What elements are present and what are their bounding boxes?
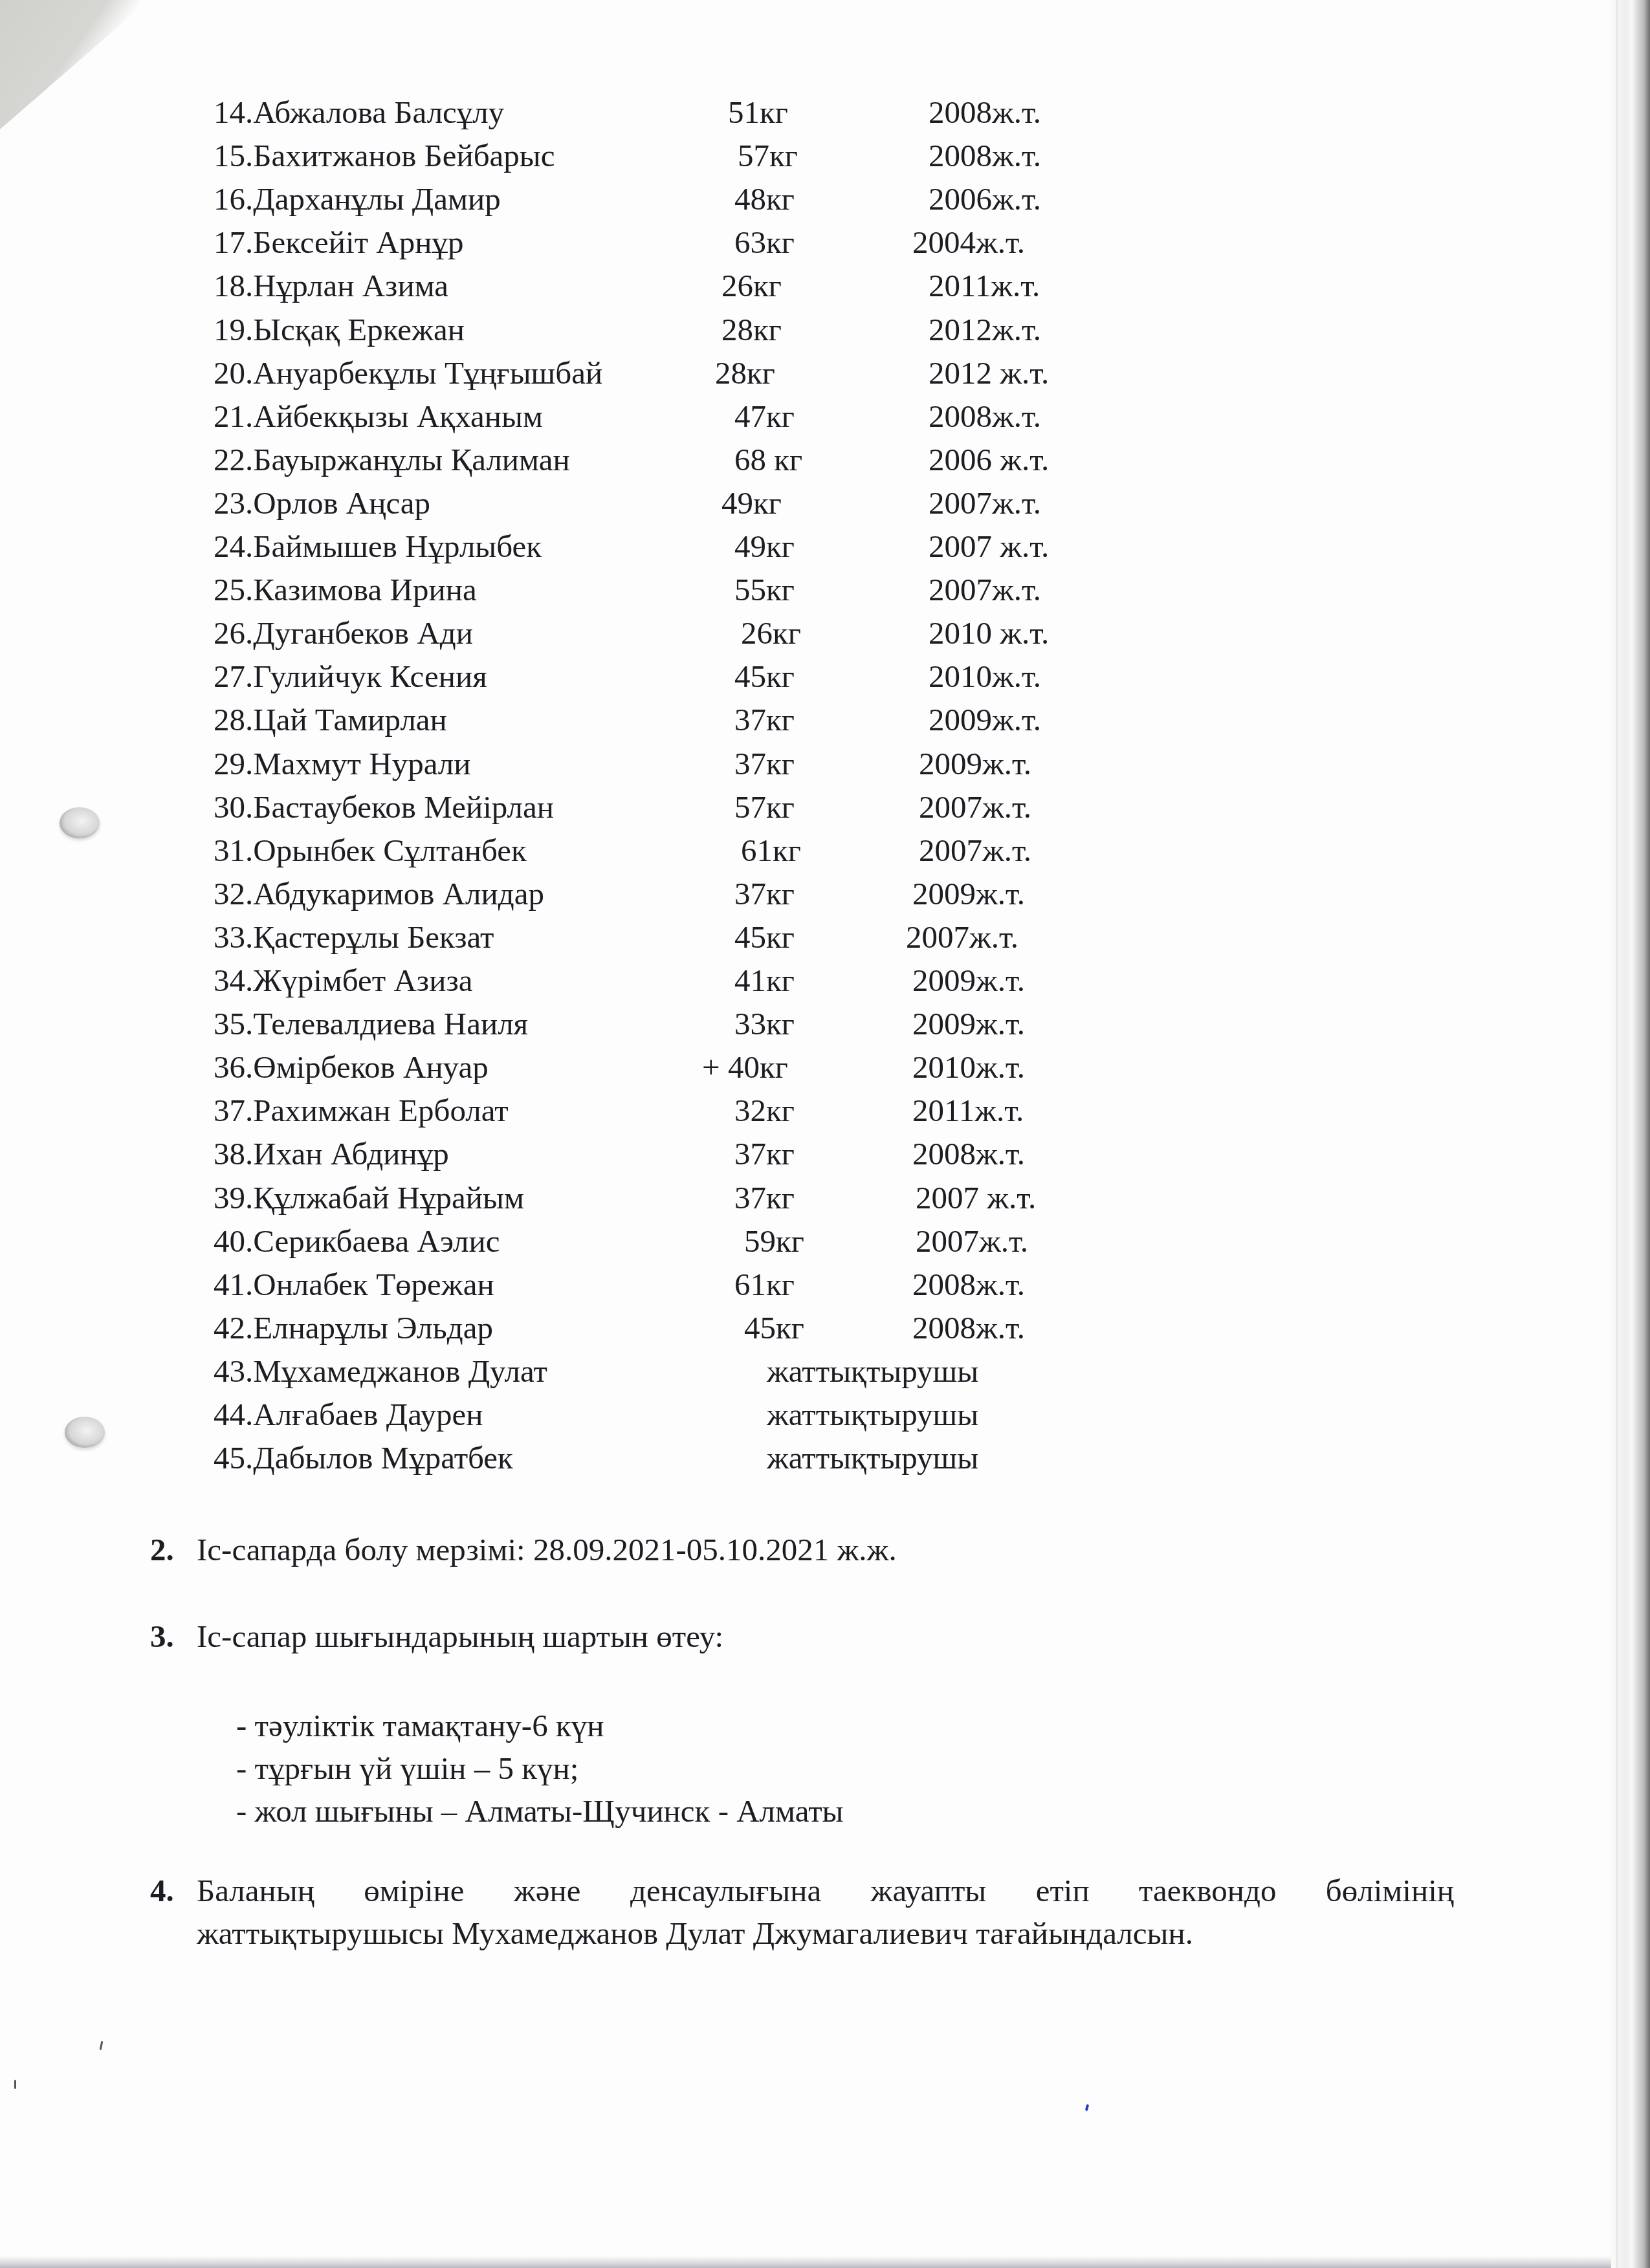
item-4-responsible-person: 4. Баланың өміріне және денсаулығына жау… bbox=[150, 1870, 1454, 1955]
expense-item-housing: - тұрғын үй үшін – 5 күн; bbox=[236, 1747, 844, 1790]
list-item: 33.Қастерұлы Бекзат45кг2007ж.т. bbox=[0, 915, 1294, 959]
participant-name: 42.Елнарұлы Эльдар bbox=[214, 1306, 493, 1349]
participant-name: 25.Казимова Ирина bbox=[214, 568, 477, 611]
participant-name: 32.Абдукаримов Алидар bbox=[214, 872, 544, 915]
participant-name: 24.Баймышев Нұрлыбек bbox=[214, 525, 542, 568]
participant-name: 43.Мұхамеджанов Дулат bbox=[214, 1349, 547, 1393]
participant-name: 39.Құлжабай Нұрайым bbox=[214, 1176, 524, 1219]
list-item: 14.Абжалова Балсұлу51кг2008ж.т. bbox=[0, 91, 1294, 134]
participant-weight: 37кг bbox=[734, 872, 795, 915]
participant-weight: 45кг bbox=[734, 915, 795, 959]
list-item: 45.Дабылов Мұратбекжаттықтырушы bbox=[0, 1436, 1294, 1479]
participant-name: 36.Өмірбеков Ануар bbox=[214, 1045, 489, 1089]
participant-name: 44.Алғабаев Даурен bbox=[214, 1393, 483, 1436]
participant-birth-year: 2009ж.т. bbox=[912, 1002, 1025, 1045]
participant-name: 38.Ихан Абдинұр bbox=[214, 1132, 449, 1175]
participant-name: 41.Онлабек Төрежан bbox=[214, 1263, 494, 1306]
item-3-expenses: 3.Іс-сапар шығындарының шартын өтеу: bbox=[150, 1615, 723, 1658]
participant-birth-year: 2007ж.т. bbox=[929, 568, 1041, 611]
list-item: 32.Абдукаримов Алидар37кг2009ж.т. bbox=[0, 872, 1294, 915]
participant-weight: 32кг bbox=[734, 1089, 795, 1132]
participant-weight: 26кг bbox=[741, 611, 801, 655]
item-text-line-2: жаттықтырушысы Мухамеджанов Дулат Джумаг… bbox=[197, 1912, 1454, 1955]
participant-weight: 61кг bbox=[741, 829, 801, 872]
participant-birth-year: 2008ж.т. bbox=[912, 1306, 1025, 1349]
participant-birth-year: 2004ж.т. bbox=[912, 221, 1025, 264]
list-item: 29.Махмут Нурали37кг2009ж.т. bbox=[0, 742, 1294, 785]
participant-name: 17.Бексейіт Арнұр bbox=[214, 221, 463, 264]
participant-birth-year: 2008ж.т. bbox=[929, 91, 1041, 134]
participant-name: 37.Рахимжан Ерболат bbox=[214, 1089, 509, 1132]
participant-birth-year: 2010 ж.т. bbox=[929, 611, 1049, 655]
participant-weight: 28кг bbox=[721, 308, 782, 351]
participant-name: 34.Жүрімбет Азиза bbox=[214, 959, 473, 1002]
list-item: 23.Орлов Аңсар49кг2007ж.т. bbox=[0, 481, 1294, 525]
participant-name: 45.Дабылов Мұратбек bbox=[214, 1436, 513, 1479]
list-item: 21.Айбекқызы Ақханым47кг2008ж.т. bbox=[0, 395, 1294, 438]
participant-role: жаттықтырушы bbox=[767, 1349, 978, 1393]
participant-role: жаттықтырушы bbox=[767, 1436, 978, 1479]
list-item: 34.Жүрімбет Азиза41кг2009ж.т. bbox=[0, 959, 1294, 1002]
participant-weight: 57кг bbox=[734, 785, 795, 829]
participant-birth-year: 2006 ж.т. bbox=[929, 438, 1049, 481]
list-item: 22.Бауыржанұлы Қалиман68 кг2006 ж.т. bbox=[0, 438, 1294, 481]
participant-weight: 47кг bbox=[734, 395, 795, 438]
list-item: 36.Өмірбеков Ануар+ 40кг2010ж.т. bbox=[0, 1045, 1294, 1089]
participant-name: 35.Телевалдиева Наиля bbox=[214, 1002, 528, 1045]
participant-name: 21.Айбекқызы Ақханым bbox=[214, 395, 543, 438]
participant-weight: 26кг bbox=[721, 264, 782, 307]
participant-birth-year: 2008ж.т. bbox=[929, 134, 1041, 177]
participant-weight: 55кг bbox=[734, 568, 795, 611]
list-item: 20.Ануарбекұлы Тұңғышбай28кг2012 ж.т. bbox=[0, 351, 1294, 395]
participant-birth-year: 2010ж.т. bbox=[929, 655, 1041, 698]
participant-weight: 37кг bbox=[734, 1132, 795, 1175]
participant-weight: 33кг bbox=[734, 1002, 795, 1045]
participant-weight: 51кг bbox=[728, 91, 788, 134]
list-item: 42.Елнарұлы Эльдар45кг2008ж.т. bbox=[0, 1306, 1294, 1349]
participant-birth-year: 2008ж.т. bbox=[929, 395, 1041, 438]
participant-name: 29.Махмут Нурали bbox=[214, 742, 470, 785]
list-item: 41.Онлабек Төрежан61кг2008ж.т. bbox=[0, 1263, 1294, 1306]
expense-item-travel: - жол шығыны – Алматы-Щучинск - Алматы bbox=[236, 1790, 844, 1833]
scan-bottom-edge bbox=[0, 2256, 1611, 2268]
participant-birth-year: 2006ж.т. bbox=[929, 177, 1041, 221]
participant-weight: 45кг bbox=[734, 655, 795, 698]
page-stack-edge bbox=[1610, 0, 1650, 2268]
participant-weight: 57кг bbox=[738, 134, 798, 177]
expense-item-meals: - тәуліктік тамақтану-6 күн bbox=[236, 1705, 844, 1747]
participant-birth-year: 2011ж.т. bbox=[912, 1089, 1024, 1132]
participant-name: 16.Дарханұлы Дамир bbox=[214, 177, 501, 221]
participant-weight: 45кг bbox=[744, 1306, 804, 1349]
participant-birth-year: 2011ж.т. bbox=[929, 264, 1040, 307]
participant-birth-year: 2009ж.т. bbox=[919, 742, 1031, 785]
participant-name: 40.Серикбаева Аэлис bbox=[214, 1219, 500, 1263]
participant-name: 33.Қастерұлы Бекзат bbox=[214, 915, 494, 959]
participant-name: 14.Абжалова Балсұлу bbox=[214, 91, 504, 134]
participant-role: жаттықтырушы bbox=[767, 1393, 978, 1436]
scan-speck bbox=[100, 2041, 104, 2050]
participant-name: 28.Цай Тамирлан bbox=[214, 698, 447, 741]
list-item: 26.Дуганбеков Ади26кг2010 ж.т. bbox=[0, 611, 1294, 655]
list-item: 31.Орынбек Сұлтанбек61кг2007ж.т. bbox=[0, 829, 1294, 872]
participant-birth-year: 2007 ж.т. bbox=[916, 1176, 1036, 1219]
participant-weight: 49кг bbox=[734, 525, 795, 568]
list-item: 16.Дарханұлы Дамир48кг2006ж.т. bbox=[0, 177, 1294, 221]
ink-dot bbox=[1085, 2104, 1089, 2111]
participant-weight: 61кг bbox=[734, 1263, 795, 1306]
item-number: 2. bbox=[150, 1529, 197, 1571]
list-item: 18.Нұрлан Азима26кг2011ж.т. bbox=[0, 264, 1294, 307]
participant-birth-year: 2007ж.т. bbox=[916, 1219, 1028, 1263]
expense-list: - тәуліктік тамақтану-6 күн - тұрғын үй … bbox=[236, 1705, 844, 1833]
list-item: 35.Телевалдиева Наиля33кг2009ж.т. bbox=[0, 1002, 1294, 1045]
participant-birth-year: 2012ж.т. bbox=[929, 308, 1041, 351]
participant-birth-year: 2010ж.т. bbox=[912, 1045, 1025, 1089]
participant-birth-year: 2007ж.т. bbox=[906, 915, 1018, 959]
participant-name: 31.Орынбек Сұлтанбек bbox=[214, 829, 527, 872]
participant-birth-year: 2009ж.т. bbox=[912, 872, 1025, 915]
participant-weight: 68 кг bbox=[734, 438, 802, 481]
list-item: 39.Құлжабай Нұрайым37кг2007 ж.т. bbox=[0, 1176, 1294, 1219]
participant-weight: + 40кг bbox=[702, 1045, 788, 1089]
participant-name: 15.Бахитжанов Бейбарыс bbox=[214, 134, 555, 177]
list-item: 25.Казимова Ирина55кг2007ж.т. bbox=[0, 568, 1294, 611]
participant-birth-year: 2009ж.т. bbox=[912, 959, 1025, 1002]
list-item: 27.Гулийчук Ксения45кг2010ж.т. bbox=[0, 655, 1294, 698]
item-2-trip-period: 2.Іс-сапарда болу мерзімі: 28.09.2021-05… bbox=[150, 1529, 897, 1571]
participant-weight: 37кг bbox=[734, 742, 795, 785]
participant-birth-year: 2007 ж.т. bbox=[929, 525, 1049, 568]
participant-weight: 37кг bbox=[734, 1176, 795, 1219]
participant-birth-year: 2009ж.т. bbox=[929, 698, 1041, 741]
list-item: 40.Серикбаева Аэлис59кг2007ж.т. bbox=[0, 1219, 1294, 1263]
participant-birth-year: 2008ж.т. bbox=[912, 1263, 1025, 1306]
item-text-line-1: Баланың өміріне және денсаулығына жауапт… bbox=[197, 1870, 1454, 1912]
participant-weight: 28кг bbox=[715, 351, 775, 395]
participant-birth-year: 2007ж.т. bbox=[929, 481, 1041, 525]
item-number: 4. bbox=[150, 1870, 174, 1912]
participant-weight: 63кг bbox=[734, 221, 795, 264]
participant-name: 26.Дуганбеков Ади bbox=[214, 611, 473, 655]
item-number: 3. bbox=[150, 1615, 197, 1658]
list-item: 24.Баймышев Нұрлыбек49кг2007 ж.т. bbox=[0, 525, 1294, 568]
list-item: 17.Бексейіт Арнұр63кг2004ж.т. bbox=[0, 221, 1294, 264]
participant-name: 27.Гулийчук Ксения bbox=[214, 655, 487, 698]
list-item: 43.Мұхамеджанов Дулатжаттықтырушы bbox=[0, 1349, 1294, 1393]
item-text: Іс-сапар шығындарының шартын өтеу: bbox=[197, 1619, 723, 1654]
list-item: 37.Рахимжан Ерболат32кг2011ж.т. bbox=[0, 1089, 1294, 1132]
participant-weight: 49кг bbox=[721, 481, 782, 525]
participant-name: 20.Ануарбекұлы Тұңғышбай bbox=[214, 351, 602, 395]
participant-weight: 37кг bbox=[734, 698, 795, 741]
list-item: 30.Бастаубеков Мейірлан57кг2007ж.т. bbox=[0, 785, 1294, 829]
participant-birth-year: 2008ж.т. bbox=[912, 1132, 1025, 1175]
participant-name: 19.Ысқақ Еркежан bbox=[214, 308, 465, 351]
participant-birth-year: 2007ж.т. bbox=[919, 785, 1031, 829]
participant-name: 18.Нұрлан Азима bbox=[214, 264, 448, 307]
list-item: 28.Цай Тамирлан37кг2009ж.т. bbox=[0, 698, 1294, 741]
participant-weight: 48кг bbox=[734, 177, 795, 221]
list-item: 44.Алғабаев Дауренжаттықтырушы bbox=[0, 1393, 1294, 1436]
participant-weight: 59кг bbox=[744, 1219, 804, 1263]
participant-name: 30.Бастаубеков Мейірлан bbox=[214, 785, 554, 829]
scan-speck bbox=[14, 2080, 16, 2089]
item-text: Іс-сапарда болу мерзімі: 28.09.2021-05.1… bbox=[197, 1532, 897, 1567]
list-item: 19.Ысқақ Еркежан28кг2012ж.т. bbox=[0, 308, 1294, 351]
participant-birth-year: 2012 ж.т. bbox=[929, 351, 1049, 395]
participant-weight: 41кг bbox=[734, 959, 795, 1002]
list-item: 38.Ихан Абдинұр37кг2008ж.т. bbox=[0, 1132, 1294, 1175]
participant-name: 23.Орлов Аңсар bbox=[214, 481, 430, 525]
list-item: 15.Бахитжанов Бейбарыс57кг2008ж.т. bbox=[0, 134, 1294, 177]
participant-birth-year: 2007ж.т. bbox=[919, 829, 1031, 872]
participant-name: 22.Бауыржанұлы Қалиман bbox=[214, 438, 570, 481]
